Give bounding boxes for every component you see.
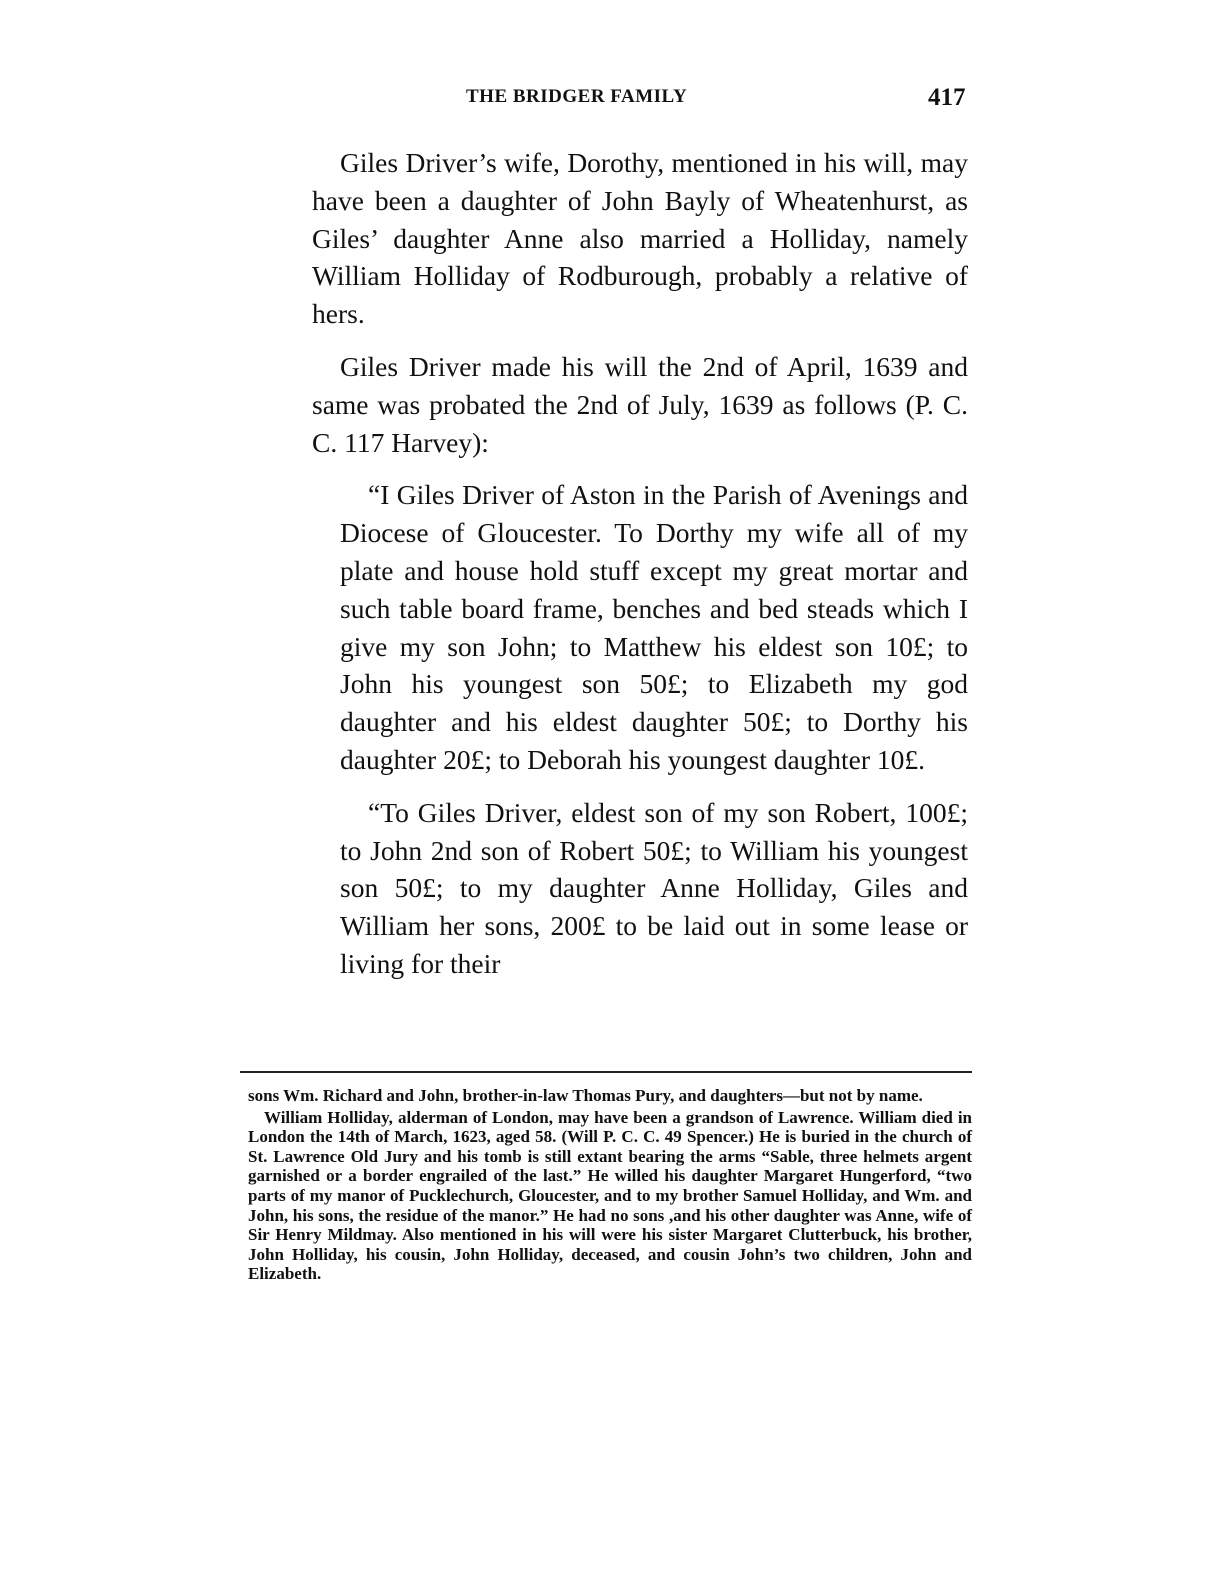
page-number: 417 <box>928 84 966 112</box>
quote-paragraph: “I Giles Driver of Aston in the Parish o… <box>340 476 968 778</box>
paragraph: Giles Driver’s wife, Dorothy, mentioned … <box>312 144 968 333</box>
will-quotation: “I Giles Driver of Aston in the Parish o… <box>340 476 968 982</box>
quote-paragraph: “To Giles Driver, eldest son of my son R… <box>340 794 968 983</box>
footnote-divider <box>240 1071 972 1073</box>
paragraph: Giles Driver made his will the 2nd of Ap… <box>312 348 968 461</box>
running-head: THE BRIDGER FAMILY <box>466 86 687 108</box>
footnote: William Holliday, alderman of London, ma… <box>248 1108 972 1284</box>
main-text: Giles Driver’s wife, Dorothy, mentioned … <box>312 144 968 998</box>
footnote-continuation: sons Wm. Richard and John, brother-in-la… <box>248 1086 972 1106</box>
footnotes: sons Wm. Richard and John, brother-in-la… <box>248 1086 972 1286</box>
